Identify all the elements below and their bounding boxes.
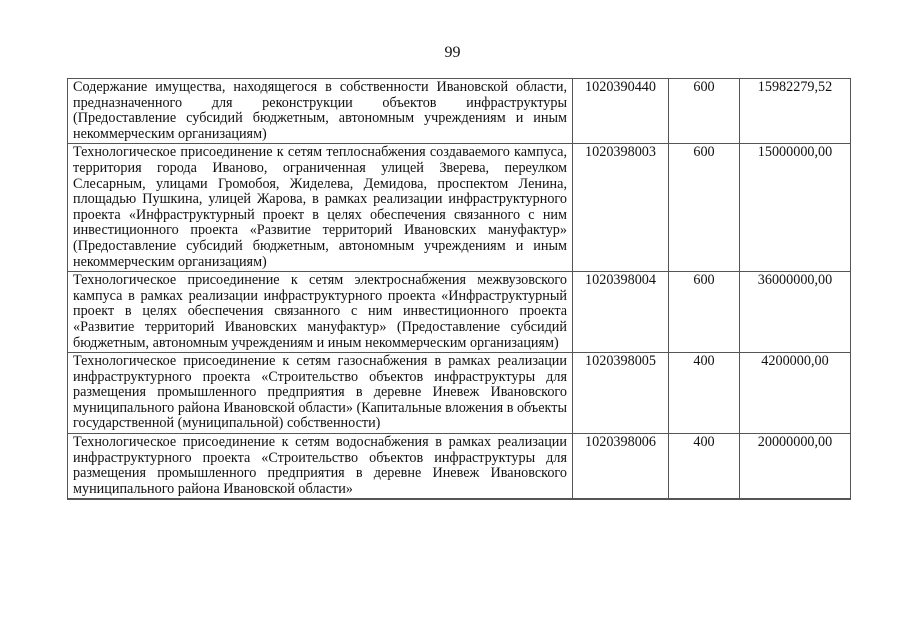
row-target-code: 1020398003	[573, 144, 669, 272]
row-expense-type: 600	[669, 272, 740, 353]
row-description: Технологическое присоединение к сетям те…	[68, 144, 573, 272]
row-description: Содержание имущества, находящегося в соб…	[68, 79, 573, 144]
row-description: Технологическое присоединение к сетям во…	[68, 434, 573, 500]
row-target-code: 1020390440	[573, 79, 669, 144]
row-amount: 36000000,00	[740, 272, 851, 353]
row-description: Технологическое присоединение к сетям га…	[68, 353, 573, 434]
row-amount: 20000000,00	[740, 434, 851, 500]
table-row: Технологическое присоединение к сетям га…	[68, 353, 851, 434]
row-amount: 15000000,00	[740, 144, 851, 272]
row-description: Технологическое присоединение к сетям эл…	[68, 272, 573, 353]
row-amount: 4200000,00	[740, 353, 851, 434]
table-row: Технологическое присоединение к сетям те…	[68, 144, 851, 272]
row-expense-type: 600	[669, 79, 740, 144]
row-target-code: 1020398006	[573, 434, 669, 500]
table-row: Содержание имущества, находящегося в соб…	[68, 79, 851, 144]
page-number: 99	[0, 44, 905, 62]
budget-table: Содержание имущества, находящегося в соб…	[67, 78, 851, 500]
row-target-code: 1020398004	[573, 272, 669, 353]
table-row: Технологическое присоединение к сетям во…	[68, 434, 851, 500]
row-expense-type: 400	[669, 353, 740, 434]
row-expense-type: 600	[669, 144, 740, 272]
row-expense-type: 400	[669, 434, 740, 500]
row-amount: 15982279,52	[740, 79, 851, 144]
row-target-code: 1020398005	[573, 353, 669, 434]
table-row: Технологическое присоединение к сетям эл…	[68, 272, 851, 353]
